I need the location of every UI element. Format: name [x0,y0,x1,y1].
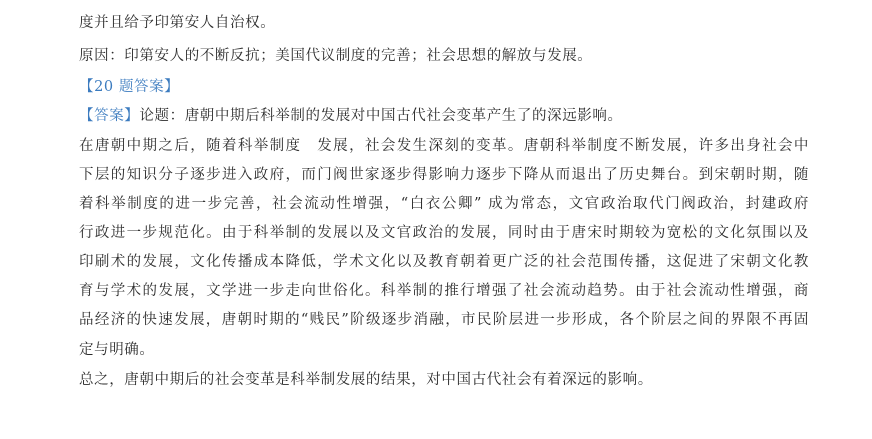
text-line: 行政进一步规范化。由于科举制的发展以及文官政治的发展，同时由于唐宋时期较为宽松的… [79,224,809,242]
text-line: 在唐朝中期之后，随着科举制度 发展，社会发生深刻的变革。唐朝科举制度不断发展，许… [79,137,809,155]
text-line: 着科举制度的进一步完善，社会流动性增强，“白衣公卿” 成为常态，文官政治取代门阀… [79,195,809,213]
text-line: 品经济的快速发展，唐朝时期的“贱民”阶级逐步消融，市民阶层进一步形成，各个阶层之… [79,311,809,329]
text-line: 下层的知识分子逐步进入政府，而门阀世家逐步得影响力逐步下降从而退出了历史舞台。到… [79,166,809,184]
text-line: 印刷术的发展，文化传播成本降低，学术文化以及教育朝着更广泛的社会范围传播，这促进… [79,253,809,271]
text-line: 育与学术的发展，文学进一步走向世俗化。科举制的推行增强了社会流动趋势。由于社会流… [79,282,809,300]
answer-line: 【答案】论题：唐朝中期后科举制的发展对中国古代社会变革产生了的深远影响。 [79,107,623,125]
document-page: 度并且给予印第安人自治权。 原因：印第安人的不断反抗；美国代议制度的完善；社会思… [0,0,872,439]
text-line: 总之，唐朝中期后的社会变革是科举制发展的结果，对中国古代社会有着深远的影响。 [79,371,653,389]
answer-thesis: 论题：唐朝中期后科举制的发展对中国古代社会变革产生了的深远影响。 [139,108,622,124]
section-heading: 【20 题答案】 [79,78,179,96]
text-line: 度并且给予印第安人自治权。 [79,14,275,32]
text-line: 定与明确。 [79,341,155,359]
answer-marker: 【答案】 [79,108,139,124]
text-line: 原因：印第安人的不断反抗；美国代议制度的完善；社会思想的解放与发展。 [79,47,592,65]
